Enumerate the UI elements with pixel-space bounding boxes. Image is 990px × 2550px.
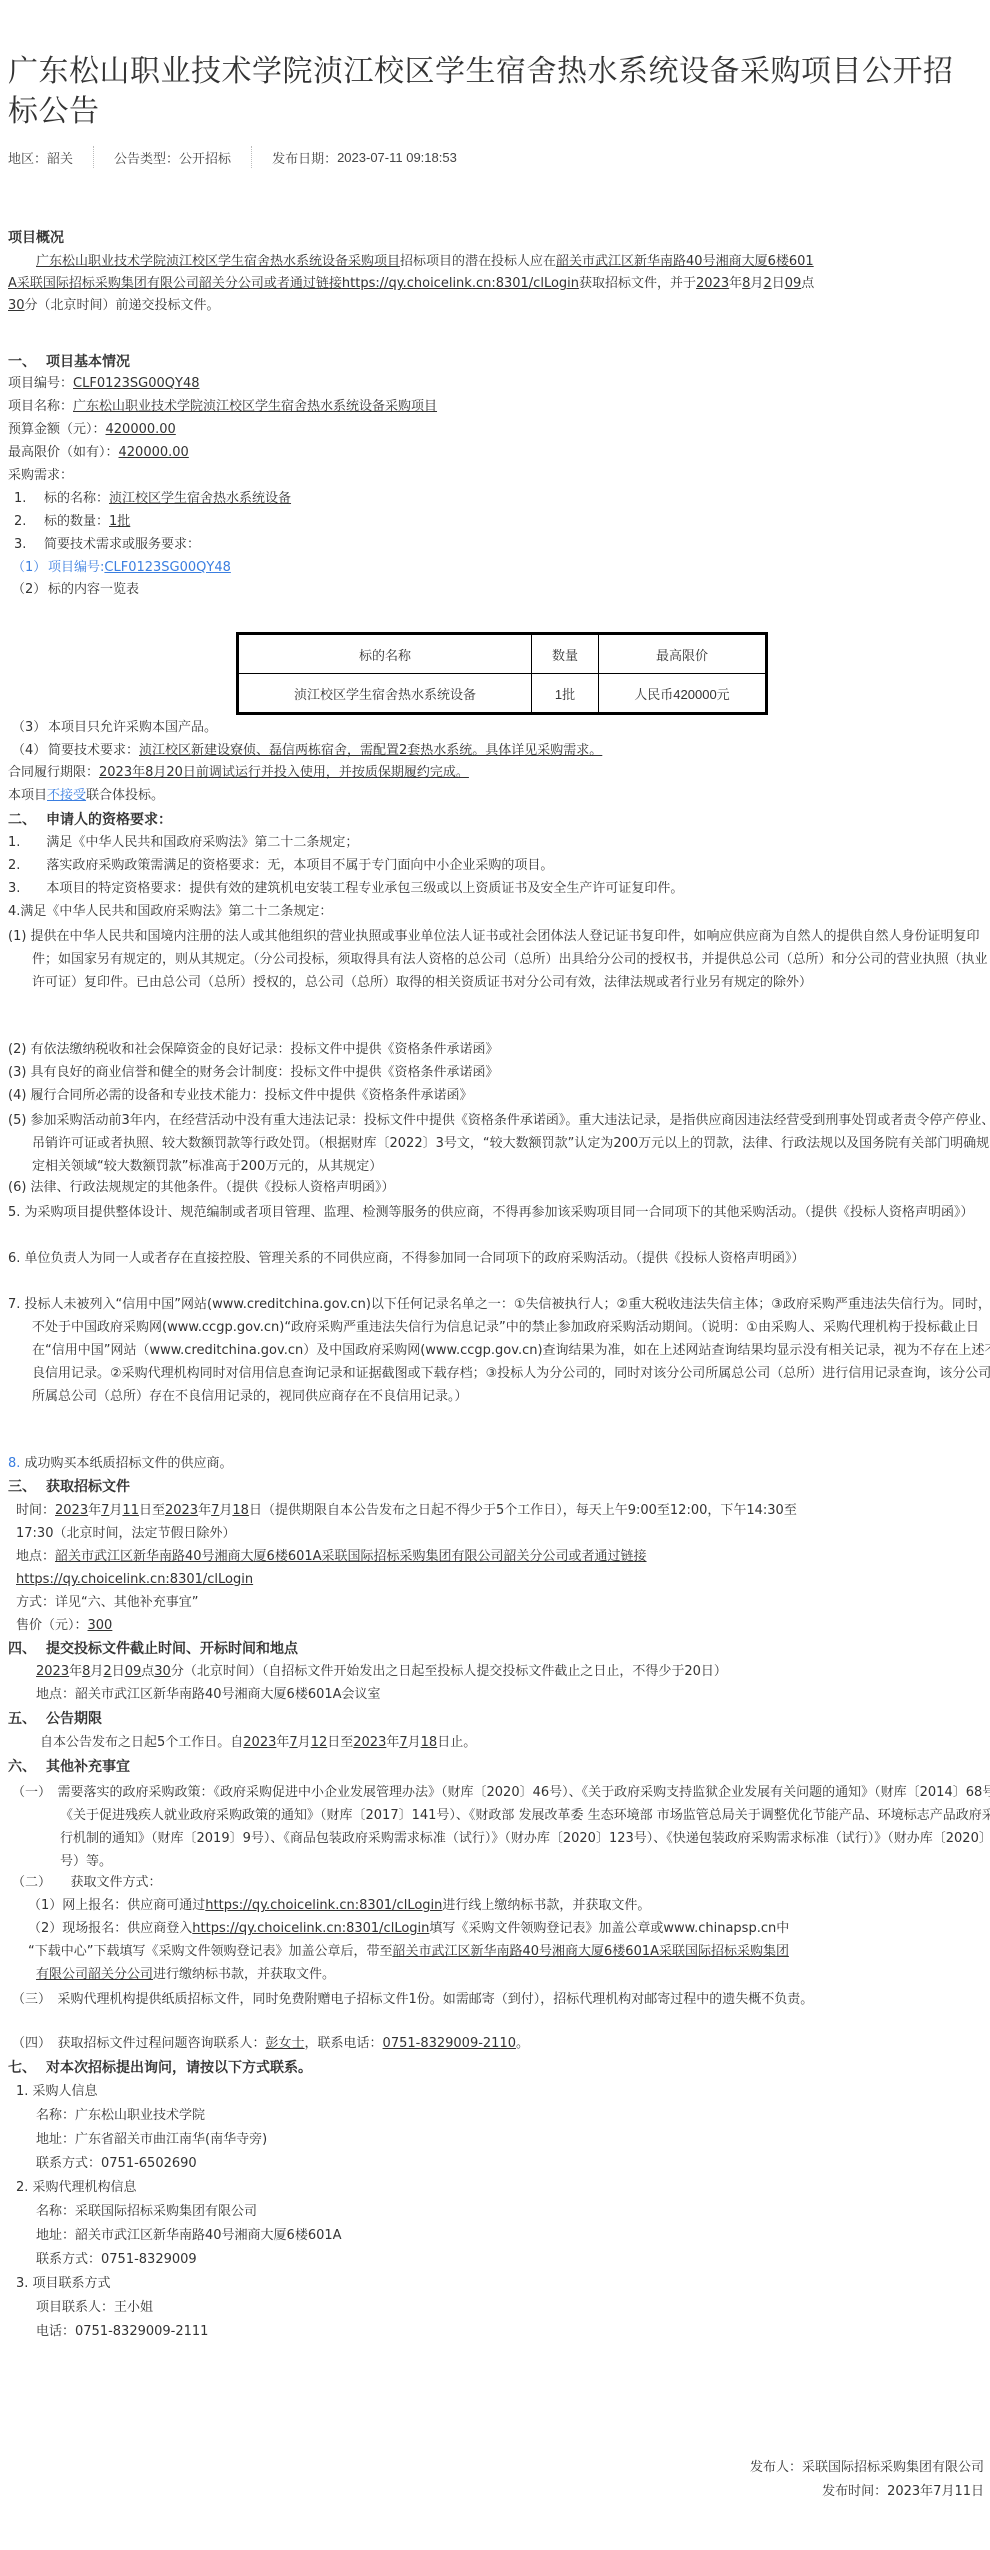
overview-heading: 项目概况 xyxy=(8,228,64,248)
online-registration: （1）网上报名：供应商可通过https://qy.choicelink.cn:8… xyxy=(28,1896,650,1916)
item-number: 2. xyxy=(14,512,44,532)
qualification-item-6: 6. 单位负责人为同一人或者存在直接控股、管理关系的不同供应商，不得参加同一合同… xyxy=(8,1247,990,1270)
acquisition-method-heading: （二） 获取文件方式： xyxy=(12,1873,162,1893)
table-header: 标的名称 xyxy=(238,634,532,674)
item-label: 简要技术需求或服务要求： xyxy=(44,537,200,552)
section-title: 提交投标文件截止时间、开标时间和地点 xyxy=(46,1641,298,1657)
agency-address: 地址：韶关市武江区新华南路40号湘商大厦6楼601A xyxy=(36,2226,342,2246)
item-text: 成功购买本纸质招标文件的供应商。 xyxy=(25,1456,233,1471)
field-text: 自本公告发布之日起5个工作日。自 xyxy=(40,1735,243,1750)
date-label: 发布日期： xyxy=(272,148,337,167)
overview-para-line2: A采联国际招标采购集团有限公司韶关分公司或者通过链接https://qy.cho… xyxy=(8,274,814,294)
field-label: 最高限价（如有）： xyxy=(8,445,119,460)
type-value: 公开招标 xyxy=(179,148,231,167)
section7-heading: 七、对本次招标提出询问，请按以下方式联系。 xyxy=(8,2058,312,2078)
doc-time-row: 时间：2023年7月11日至2023年7月18日（提供期限自本公告发布之日起不得… xyxy=(16,1501,797,1521)
onsite-registration-line3: 有限公司韶关分公司进行缴纳标书款，并获取文件。 xyxy=(36,1965,335,1985)
field-text: 进行线上缴纳标书款，并获取文件。 xyxy=(442,1898,650,1913)
section6-heading: 六、其他补充事宜 xyxy=(8,1757,130,1777)
doc-price-row: 售价（元）：300 xyxy=(16,1616,112,1636)
section-number: 六、 xyxy=(8,1757,46,1777)
policy-paragraph: （一） 需要落实的政府采购政策：《政府采购促进中小企业发展管理办法》（财库〔20… xyxy=(12,1781,990,1873)
field-label: 预算金额（元）： xyxy=(8,422,106,437)
qualification-line: 3. 本项目的特定资格要求：提供有效的建筑机电安装工程专业承包三级或以上资质证书… xyxy=(8,879,683,899)
paper-doc-paragraph: （三） 采购代理机构提供纸质招标文件，同时免费附赠电子招标文件1份。如需邮寄（到… xyxy=(12,1988,990,2011)
region-label: 地区： xyxy=(8,148,47,167)
sub-item-domestic: （3）本项目只允许采购本国产品。 xyxy=(12,718,217,738)
meta-bar: 地区： 韶关 公告类型： 公开招标 发布日期： 2023-07-11 09:18… xyxy=(8,146,457,168)
contract-period-row: 合同履行期限：2023年8月20日前调试运行并投入使用，并按质保期履约完成。 xyxy=(8,763,469,783)
sub-item-number: （4） xyxy=(12,741,48,761)
contract-period-value: 2023年8月20日前调试运行并投入使用，并按质保期履约完成。 xyxy=(99,765,469,780)
item-label: 标的数量： xyxy=(44,514,109,529)
agency-name: 名称：采联国际招标采购集团有限公司 xyxy=(36,2202,257,2222)
date-part: 12 xyxy=(311,1735,328,1750)
requirement-2: (2) 有依法缴纳税收和社会保障资金的良好记录：投标文件中提供《资格条件承诺函》 xyxy=(8,1040,499,1060)
date-part: 7 xyxy=(101,1503,109,1518)
sub-item-number: （3） xyxy=(12,718,48,738)
field-text: 填写《采购文件领购登记表》加盖公章或www.chinapsp.cn中 xyxy=(429,1921,789,1936)
date-part: 7 xyxy=(399,1735,407,1750)
field-text: （1）网上报名：供应商可通过 xyxy=(28,1898,205,1913)
field-text: （2）现场报名：供应商登入 xyxy=(28,1921,192,1936)
field-text: 进行缴纳标书款，并获取文件。 xyxy=(153,1967,335,1982)
deadline-minute: 30 xyxy=(8,298,25,313)
qualification-item-5: 5. 为采购项目提供整体设计、规范编制或者项目管理、监理、检测等服务的供应商，不… xyxy=(8,1201,990,1224)
section5-heading: 五、公告期限 xyxy=(8,1709,102,1729)
sub-item-text: 本项目只允许采购本国产品。 xyxy=(48,720,217,735)
sub-item-label: 项目编号: xyxy=(48,560,104,575)
date-part: 2023 xyxy=(36,1664,69,1679)
requirement-4: (4) 履行合同所必需的设备和专业技术能力：投标文件中提供《资格条件承诺函》 xyxy=(8,1086,473,1106)
agency-contact: 联系方式：0751-8329009 xyxy=(36,2250,197,2270)
page-title: 广东松山职业技术学院浈江校区学生宿舍热水系统设备采购项目公开招标公告 xyxy=(8,52,983,132)
section-title: 对本次招标提出询问，请按以下方式联系。 xyxy=(46,2060,312,2076)
sub-item-tech-req: （4）简要技术要求：浈江校区新建设寮侦、磊信两栋宿舍，需配置2套热水系统。具体详… xyxy=(12,741,602,761)
project-contact-heading: 3. 项目联系方式 xyxy=(16,2274,111,2294)
doc-place-row: 地点：韶关市武江区新华南路40号湘商大厦6楼601A采联国际招标采购集团有限公司… xyxy=(16,1547,647,1567)
overview-text: 招标项目的潜在投标人应在 xyxy=(400,254,556,269)
address-text: 韶关市武江区新华南路40号湘商大厦6楼601 xyxy=(556,254,814,269)
sub-item-number: （1） xyxy=(12,558,48,578)
project-number-value: CLF0123SG00QY48 xyxy=(73,376,199,391)
deadline-day: 2 xyxy=(763,276,771,291)
sub-item-label: 标的内容一览表 xyxy=(48,582,139,597)
table-cell: 1批 xyxy=(532,674,599,714)
consortium-row: 本项目不接受联合体投标。 xyxy=(8,786,164,806)
date-part: 2023 xyxy=(165,1503,198,1518)
qualification-line: 1. 满足《中华人民共和国政府采购法》第二十二条规定； xyxy=(8,833,358,853)
agency-heading: 2. 采购代理机构信息 xyxy=(16,2178,137,2198)
table-header-row: 标的名称 数量 最高限价 xyxy=(238,634,767,674)
doc-method-row: 方式：详见“六、其他补充事宜” xyxy=(16,1593,198,1613)
project-name-row: 项目名称：广东松山职业技术学院浈江校区学生宿舍热水系统设备采购项目 xyxy=(8,397,437,417)
publish-time: 发布时间：2023年7月11日 xyxy=(822,2480,984,2499)
type-label: 公告类型： xyxy=(114,148,179,167)
qualification-item-7: 7. 投标人未被列入“信用中国”网站(www.creditchina.gov.c… xyxy=(8,1293,990,1408)
field-text: “下载中心”下载填写《采购文件领购登记表》加盖公章后，带至 xyxy=(28,1944,392,1959)
section-title: 公告期限 xyxy=(46,1711,102,1727)
sub-item-project-number: （1）项目编号:CLF0123SG00QY48 xyxy=(12,558,231,578)
section3-heading: 三、获取招标文件 xyxy=(8,1477,130,1497)
date-part: 2023 xyxy=(353,1735,386,1750)
choicelink-url[interactable]: https://qy.choicelink.cn:8301/clLogin xyxy=(192,1921,429,1936)
demand-item: 2.标的数量：1批 xyxy=(14,512,130,532)
field-label: 时间： xyxy=(16,1503,55,1518)
sub-item-number: （2） xyxy=(12,580,48,600)
sub-item-table-title: （2）标的内容一览表 xyxy=(12,580,139,600)
choicelink-url[interactable]: https://qy.choicelink.cn:8301/clLogin xyxy=(16,1572,253,1587)
choicelink-url[interactable]: https://qy.choicelink.cn:8301/clLogin xyxy=(342,276,579,291)
consult-contact-phone: 0751-8329009-2110 xyxy=(383,2036,516,2051)
onsite-registration-line2: “下载中心”下载填写《采购文件领购登记表》加盖公章后，带至韶关市武江区新华南路4… xyxy=(28,1942,789,1962)
table-header: 数量 xyxy=(532,634,599,674)
date-value: 2023-07-11 09:18:53 xyxy=(337,150,457,165)
item-number: 1. xyxy=(14,489,44,509)
project-number-row: 项目编号：CLF0123SG00QY48 xyxy=(8,374,199,394)
doc-price-value: 300 xyxy=(88,1618,113,1633)
consult-contact-name: 彭女士 xyxy=(266,2036,305,2051)
table-cell: 浈江校区学生宿舍热水系统设备 xyxy=(238,674,532,714)
section1-heading: 一、项目基本情况 xyxy=(8,352,130,372)
item-value: 1批 xyxy=(109,514,130,529)
project-contact-person: 项目联系人：王小姐 xyxy=(36,2298,153,2318)
demand-item: 3.简要技术需求或服务要求： xyxy=(14,535,200,555)
qualification-line: 2. 落实政府采购政策需满足的资格要求：无，本项目不属于专门面向中小企业采购的项… xyxy=(8,856,553,876)
onsite-registration: （2）现场报名：供应商登入https://qy.choicelink.cn:83… xyxy=(28,1919,789,1939)
table-header: 最高限价 xyxy=(599,634,767,674)
requirement-6: (6) 法律、行政法规规定的其他条件。（提供《投标人资格声明函》） xyxy=(8,1178,395,1198)
doc-place-value: 韶关市武江区新华南路40号湘商大厦6楼601A采联国际招标采购集团有限公司韶关分… xyxy=(55,1549,647,1564)
requirement-5: (5) 参加采购活动前3年内，在经营活动中没有重大违法记录：投标文件中提供《资格… xyxy=(8,1109,990,1178)
purchaser-heading: 1. 采购人信息 xyxy=(16,2082,98,2102)
project-number-link[interactable]: CLF0123SG00QY48 xyxy=(104,560,230,575)
items-table: 标的名称 数量 最高限价 浈江校区学生宿舍热水系统设备 1批 人民币420000… xyxy=(236,632,768,715)
section-title: 其他补充事宜 xyxy=(46,1759,130,1775)
section2-heading: 二、申请人的资格要求： xyxy=(8,810,172,830)
meta-divider xyxy=(251,146,252,168)
date-part: 8 xyxy=(82,1664,90,1679)
date-part: 09 xyxy=(125,1664,142,1679)
section-title: 获取招标文件 xyxy=(46,1479,130,1495)
unit-text: 点 xyxy=(801,276,814,291)
consortium-link[interactable]: 不接受 xyxy=(47,788,86,803)
publisher: 发布人：采联国际招标采购集团有限公司 xyxy=(750,2456,984,2475)
overview-para-line3: 30分（北京时间）前递交投标文件。 xyxy=(8,296,220,316)
table-cell: 人民币420000元 xyxy=(599,674,767,714)
section4-heading: 四、提交投标文件截止时间、开标时间和地点 xyxy=(8,1639,298,1659)
meta-divider xyxy=(93,146,94,168)
section-number: 七、 xyxy=(8,2058,46,2078)
field-text: 日止。 xyxy=(437,1735,476,1750)
section-number: 二、 xyxy=(8,810,46,830)
table-row: 浈江校区学生宿舍热水系统设备 1批 人民币420000元 xyxy=(238,674,767,714)
project-name-value: 广东松山职业技术学院浈江校区学生宿舍热水系统设备采购项目 xyxy=(73,399,437,414)
section-title: 项目基本情况 xyxy=(46,354,130,370)
item-number: 8. xyxy=(8,1456,20,1471)
date-part: 11 xyxy=(122,1503,139,1518)
requirement-1: (1) 提供在中华人民共和国境内注册的法人或其他组织的营业执照或事业单位法人证书… xyxy=(8,925,990,994)
field-label: 地点： xyxy=(16,1549,55,1564)
date-part: 2023 xyxy=(55,1503,88,1518)
field-label: 项目编号： xyxy=(8,376,73,391)
project-contact-phone: 电话：0751-8329009-2111 xyxy=(36,2322,208,2342)
section-title: 申请人的资格要求： xyxy=(46,812,172,828)
unit-text: 日 xyxy=(772,276,785,291)
max-price-row: 最高限价（如有）：420000.00 xyxy=(8,443,189,463)
qualification-line: 4.满足《中华人民共和国政府采购法》第二十二条规定： xyxy=(8,902,332,922)
budget-value: 420000.00 xyxy=(106,422,176,437)
field-label: 合同履行期限： xyxy=(8,765,99,780)
doc-url-row: https://qy.choicelink.cn:8301/clLogin xyxy=(16,1570,253,1590)
deadline-row: 2023年8月2日09点30分（北京时间）（自招标文件开始发出之日起至投标人提交… xyxy=(36,1662,727,1682)
date-part: 7 xyxy=(211,1503,219,1518)
overview-text: 获取招标文件，并于 xyxy=(579,276,696,291)
date-part: 7 xyxy=(289,1735,297,1750)
requirement-3: (3) 具有良好的商业信誉和健全的财务会计制度：投标文件中提供《资格条件承诺函》 xyxy=(8,1063,499,1083)
field-text: 本项目 xyxy=(8,788,47,803)
demand-label: 采购需求： xyxy=(8,466,73,486)
max-price-value: 420000.00 xyxy=(119,445,189,460)
field-text: ，联系电话： xyxy=(305,2036,383,2051)
date-part: 18 xyxy=(232,1503,249,1518)
overview-para-line1: 广东松山职业技术学院浈江校区学生宿舍热水系统设备采购项目招标项目的潜在投标人应在… xyxy=(36,252,814,272)
region-value: 韶关 xyxy=(47,148,73,167)
item-number: 3. xyxy=(14,535,44,555)
purchaser-contact: 联系方式：0751-6502690 xyxy=(36,2154,197,2174)
agency-address: 有限公司韶关分公司 xyxy=(36,1967,153,1982)
address-text: A采联国际招标采购集团有限公司韶关分公司或者通过链接 xyxy=(8,276,342,291)
project-name-link: 广东松山职业技术学院浈江校区学生宿舍热水系统设备采购项目 xyxy=(36,254,400,269)
notice-period-row: 自本公告发布之日起5个工作日。自2023年7月12日至2023年7月18日止。 xyxy=(40,1733,476,1753)
field-text: 。 xyxy=(516,2036,529,2051)
budget-row: 预算金额（元）：420000.00 xyxy=(8,420,176,440)
section-number: 三、 xyxy=(8,1477,46,1497)
date-part: 18 xyxy=(421,1735,438,1750)
section-number: 一、 xyxy=(8,352,46,372)
purchaser-name: 名称：广东松山职业技术学院 xyxy=(36,2106,205,2126)
field-text: 日（提供期限自本公告发布之日起不得少于5个工作日），每天上午9:00至12:00… xyxy=(249,1503,797,1518)
field-label: 项目名称： xyxy=(8,399,73,414)
opening-place-row: 地点：韶关市武江区新华南路40号湘商大厦6楼601A会议室 xyxy=(36,1685,381,1705)
sub-item-label: 简要技术要求： xyxy=(48,743,139,758)
demand-item: 1.标的名称：浈江校区学生宿舍热水系统设备 xyxy=(14,489,291,509)
choicelink-url[interactable]: https://qy.choicelink.cn:8301/clLogin xyxy=(205,1898,442,1913)
overview-text: 分（北京时间）前递交投标文件。 xyxy=(25,298,220,313)
qualification-item-8: 8. 成功购买本纸质招标文件的供应商。 xyxy=(8,1454,233,1474)
deadline-year: 2023 xyxy=(696,276,729,291)
item-value: 浈江校区学生宿舍热水系统设备 xyxy=(109,491,291,506)
field-text: （四） 获取招标文件过程问题咨询联系人： xyxy=(12,2036,266,2051)
field-text: 分（北京时间）（自招标文件开始发出之日起至投标人提交投标文件截止之日止，不得少于… xyxy=(171,1664,727,1679)
date-part: 30 xyxy=(154,1664,171,1679)
doc-time-row-2: 17:30（北京时间，法定节假日除外） xyxy=(16,1524,235,1544)
field-text: 联合体投标。 xyxy=(86,788,164,803)
sub-item-value: 浈江校区新建设寮侦、磊信两栋宿舍，需配置2套热水系统。具体详见采购需求。 xyxy=(139,743,602,758)
date-part: 2 xyxy=(103,1664,111,1679)
deadline-hour: 09 xyxy=(785,276,802,291)
item-label: 标的名称： xyxy=(44,491,109,506)
purchaser-address: 地址：广东省韶关市曲江南华(南华寺旁) xyxy=(36,2130,267,2150)
field-label: 售价（元）： xyxy=(16,1618,88,1633)
date-part: 2023 xyxy=(243,1735,276,1750)
unit-text: 年 xyxy=(729,276,742,291)
section-number: 四、 xyxy=(8,1639,46,1659)
consult-contact-row: （四） 获取招标文件过程问题咨询联系人：彭女士，联系电话：0751-832900… xyxy=(12,2034,529,2054)
section-number: 五、 xyxy=(8,1709,46,1729)
unit-text: 月 xyxy=(750,276,763,291)
agency-address: 韶关市武江区新华南路40号湘商大厦6楼601A采联国际招标采购集团 xyxy=(392,1944,789,1959)
